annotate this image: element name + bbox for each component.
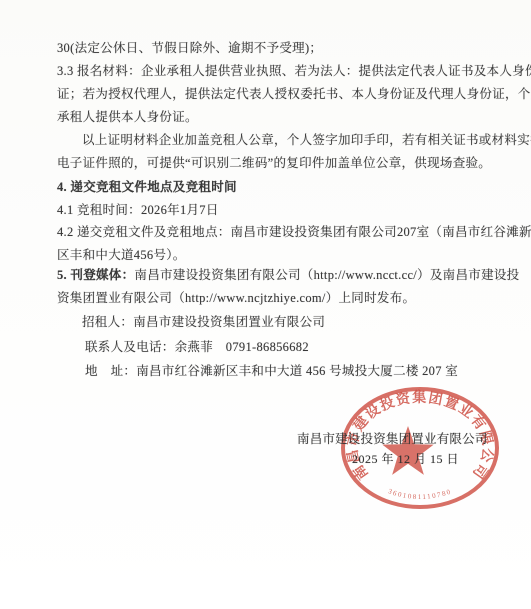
scanned-document-page: 30(法定公休日、节假日除外、逾期不予受理)； 3.3 报名材料：企业承租人提供… [0, 0, 531, 609]
doc-line: 资集团置业有限公司（http://www.ncjtzhiye.com/）上同时发… [57, 290, 415, 306]
signature-date: 2025 年 12 月 15 日 [352, 450, 459, 467]
doc-line-address: 地 址：南昌市红谷滩新区丰和中大道 456 号城投大厦二楼 207 室 [85, 363, 458, 379]
doc-line-contact: 联系人及电话：余燕菲 0791-86856682 [85, 339, 309, 355]
doc-line: 电子证件照的，可提供“可识别二维码”的复印件加盖单位公章，供现场查验。 [57, 155, 491, 171]
seal-serial-number: 3601081110780 [387, 487, 453, 501]
doc-line: 30(法定公休日、节假日除外、逾期不予受理)； [57, 40, 322, 56]
doc-section-heading: 4. 递交竞租文件地点及竞租时间 [57, 179, 237, 195]
company-seal-stamp: 南昌市建设投资集团置业有限公司 3601081110780 [336, 384, 504, 514]
doc-line: 区丰和中大道456号）。 [57, 247, 186, 263]
doc-line: 以上证明材料企业加盖竞租人公章，个人签字加印手印，若有相关证书或材料实行 [82, 132, 531, 148]
doc-line: 承租人提供本人身份证。 [57, 109, 198, 125]
doc-line: 3.3 报名材料：企业承租人提供营业执照、若为法人：提供法定代表人证书及本人身份 [57, 63, 531, 79]
doc-line: 4.2 递交竞租文件及竞租地点：南昌市建设投资集团有限公司207室（南昌市红谷滩… [57, 224, 531, 240]
doc-line: 5. 刊登媒体：南昌市建设投资集团有限公司（http://www.ncct.cc… [57, 267, 519, 283]
doc-line: 证；若为授权代理人，提供法定代表人授权委托书、本人身份证及代理人身份证，个人 [57, 86, 531, 102]
signature-company-name: 南昌市建设投资集团置业有限公司 [297, 429, 488, 447]
doc-line-lessor: 招租人：南昌市建设投资集团置业有限公司 [82, 314, 325, 330]
doc-line: 4.1 竞租时间：2026年1月7日 [57, 202, 219, 218]
